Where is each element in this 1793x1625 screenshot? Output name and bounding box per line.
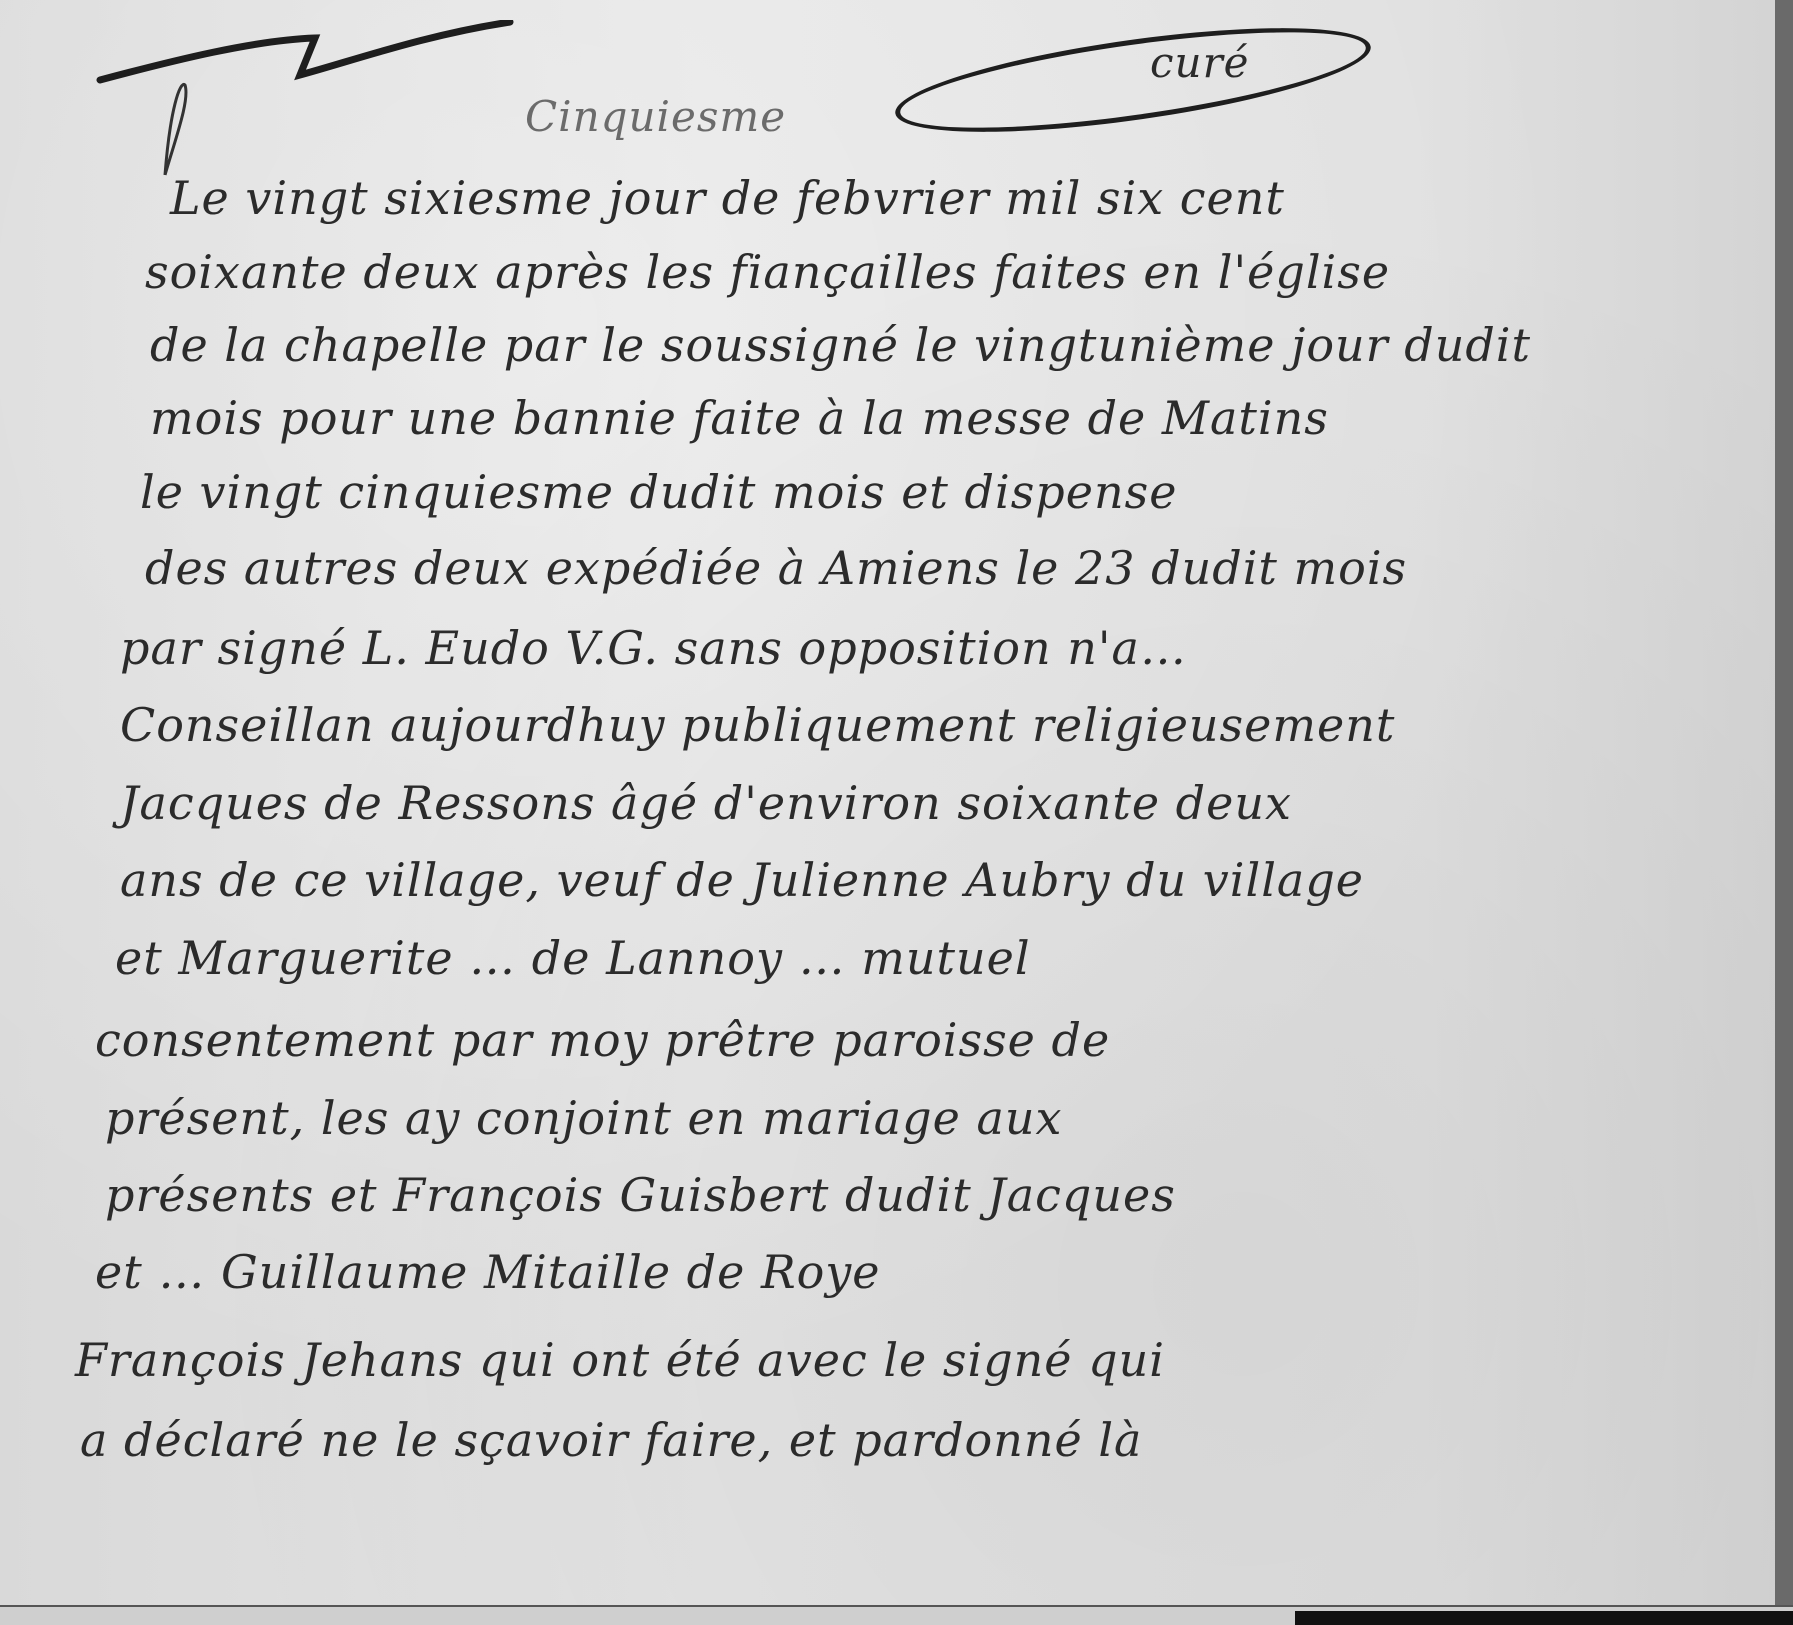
text-line-16: François Jehans qui ont été avec le sign… [0, 1320, 1775, 1400]
scan-corner-shadow [1295, 1611, 1793, 1625]
line-text: François Jehans qui ont été avec le sign… [75, 1320, 1165, 1400]
text-line-7: par signé L. Eudo V.G. sans opposition n… [0, 608, 1775, 688]
text-line-6: des autres deux expédiée à Amiens le 23 … [0, 528, 1775, 608]
line-text: présents et François Guisbert dudit Jacq… [105, 1155, 1176, 1235]
scan-border-right [1775, 0, 1793, 1625]
line-text: ans de ce village, veuf de Julienne Aubr… [120, 840, 1364, 920]
text-line-15: et … Guillaume Mitaille de Roye [0, 1232, 1775, 1312]
line-text: Le vingt sixiesme jour de febvrier mil s… [170, 158, 1285, 238]
line-text: soixante deux après les fiançailles fait… [145, 232, 1390, 312]
line-text: par signé L. Eudo V.G. sans opposition n… [120, 608, 1187, 688]
signature-oval-text: curé [1150, 38, 1250, 87]
text-line-11: et Marguerite … de Lannoy … mutuel [0, 918, 1775, 998]
scanned-page: curé Cinquiesme Le vingt sixiesme jour d… [0, 0, 1775, 1605]
text-line-14: présents et François Guisbert dudit Jacq… [0, 1155, 1775, 1235]
line-text: Jacques de Ressons âgé d'environ soixant… [120, 763, 1292, 843]
text-line-1: Le vingt sixiesme jour de febvrier mil s… [0, 158, 1775, 238]
line-text: a déclaré ne le sçavoir faire, et pardon… [80, 1400, 1142, 1480]
text-line-3: de la chapelle par le soussigné le vingt… [0, 305, 1775, 385]
text-line-2: soixante deux après les fiançailles fait… [0, 232, 1775, 312]
text-line-17: a déclaré ne le sçavoir faire, et pardon… [0, 1400, 1775, 1480]
line-text: consentement par moy prêtre paroisse de [95, 1000, 1110, 1080]
line-text: Conseillan aujourdhuy publiquement relig… [120, 685, 1395, 765]
line-text: et Marguerite … de Lannoy … mutuel [115, 918, 1031, 998]
text-line-8: Conseillan aujourdhuy publiquement relig… [0, 685, 1775, 765]
line-text: et … Guillaume Mitaille de Roye [95, 1232, 881, 1312]
line-text: présent, les ay conjoint en mariage aux [105, 1078, 1062, 1158]
text-line-10: ans de ce village, veuf de Julienne Aubr… [0, 840, 1775, 920]
line-text: des autres deux expédiée à Amiens le 23 … [145, 528, 1407, 608]
line-text: le vingt cinquiesme dudit mois et dispen… [140, 452, 1177, 532]
text-line-5: le vingt cinquiesme dudit mois et dispen… [0, 452, 1775, 532]
line-text: de la chapelle par le soussigné le vingt… [150, 305, 1531, 385]
text-line-4: mois pour une bannie faite à la messe de… [0, 378, 1775, 458]
text-line-9: Jacques de Ressons âgé d'environ soixant… [0, 763, 1775, 843]
signature-oval [890, 7, 1376, 153]
text-line-12: consentement par moy prêtre paroisse de [0, 1000, 1775, 1080]
line-text: mois pour une bannie faite à la messe de… [150, 378, 1329, 458]
text-line-13: présent, les ay conjoint en mariage aux [0, 1078, 1775, 1158]
interlinear-insertion: Cinquiesme [525, 92, 786, 141]
